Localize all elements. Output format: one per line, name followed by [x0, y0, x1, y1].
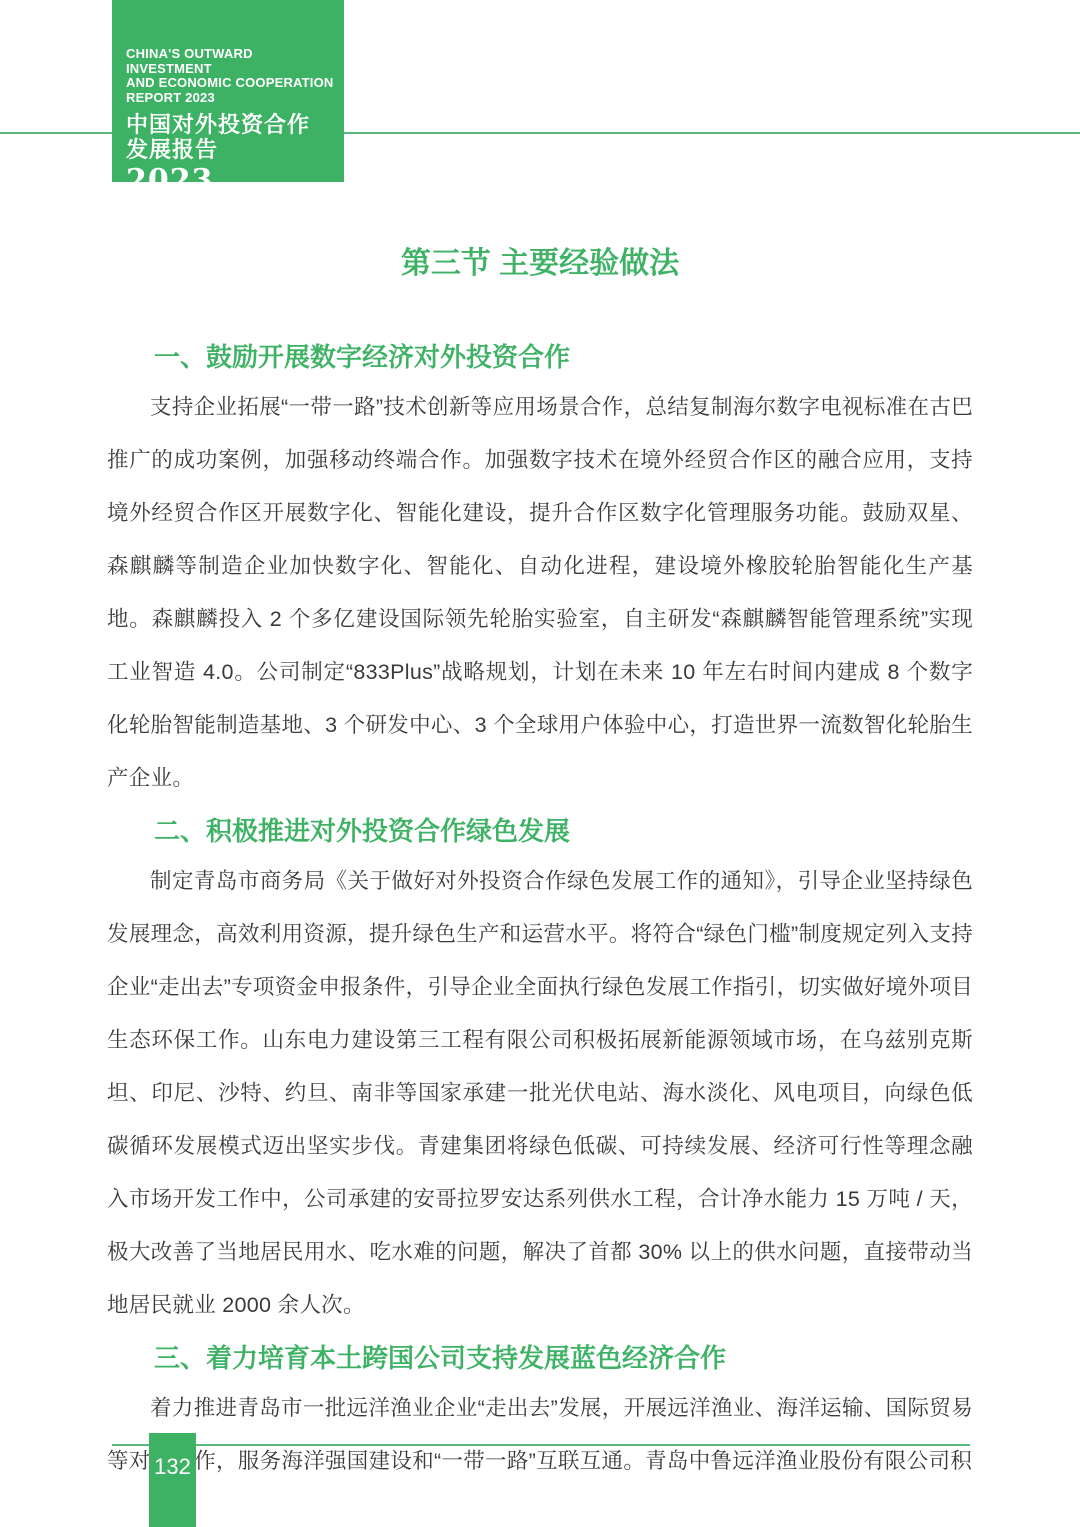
section-3-paragraph: 着力推进青岛市一批远洋渔业企业“走出去”发展，开展远洋渔业、海洋运输、国际贸易等… — [107, 1382, 973, 1488]
banner-title-zh-line-2: 发展报告 — [126, 137, 334, 162]
section-2-paragraph: 制定青岛市商务局《关于做好对外投资合作绿色发展工作的通知》，引导企业坚持绿色发展… — [107, 855, 973, 1332]
bottom-divider-line — [112, 1444, 970, 1446]
section-green-development: 二、积极推进对外投资合作绿色发展 制定青岛市商务局《关于做好对外投资合作绿色发展… — [107, 813, 973, 1332]
section-blue-economy: 三、着力培育本土跨国公司支持发展蓝色经济合作 着力推进青岛市一批远洋渔业企业“走… — [107, 1340, 973, 1488]
banner-title-en-line-3: REPORT 2023 — [126, 91, 334, 106]
page-number-badge: 132 — [149, 1433, 196, 1527]
banner-title-en-line-2: AND ECONOMIC COOPERATION — [126, 76, 334, 91]
banner-title-en: CHINA'S OUTWARD INVESTMENT AND ECONOMIC … — [126, 47, 334, 105]
section-3-heading: 三、着力培育本土跨国公司支持发展蓝色经济合作 — [107, 1340, 973, 1376]
report-page: { "theme": { "accent_green": "#3eb264", … — [0, 0, 1080, 1527]
report-banner: CHINA'S OUTWARD INVESTMENT AND ECONOMIC … — [112, 0, 344, 182]
banner-title-en-line-1: CHINA'S OUTWARD INVESTMENT — [126, 47, 334, 76]
section-digital-economy: 一、鼓励开展数字经济对外投资合作 支持企业拓展“一带一路”技术创新等应用场景合作… — [107, 339, 973, 805]
banner-title-zh-line-1: 中国对外投资合作 — [126, 112, 334, 137]
section-1-paragraph: 支持企业拓展“一带一路”技术创新等应用场景合作，总结复制海尔数字电视标准在古巴推… — [107, 381, 973, 805]
section-1-heading: 一、鼓励开展数字经济对外投资合作 — [107, 339, 973, 375]
section-2-heading: 二、积极推进对外投资合作绿色发展 — [107, 813, 973, 849]
banner-title-zh: 中国对外投资合作 发展报告 — [126, 112, 334, 162]
banner-year: 2023 — [126, 165, 334, 197]
page-title: 第三节 主要经验做法 — [107, 243, 973, 285]
page-content: 第三节 主要经验做法 一、鼓励开展数字经济对外投资合作 支持企业拓展“一带一路”… — [107, 0, 973, 1488]
